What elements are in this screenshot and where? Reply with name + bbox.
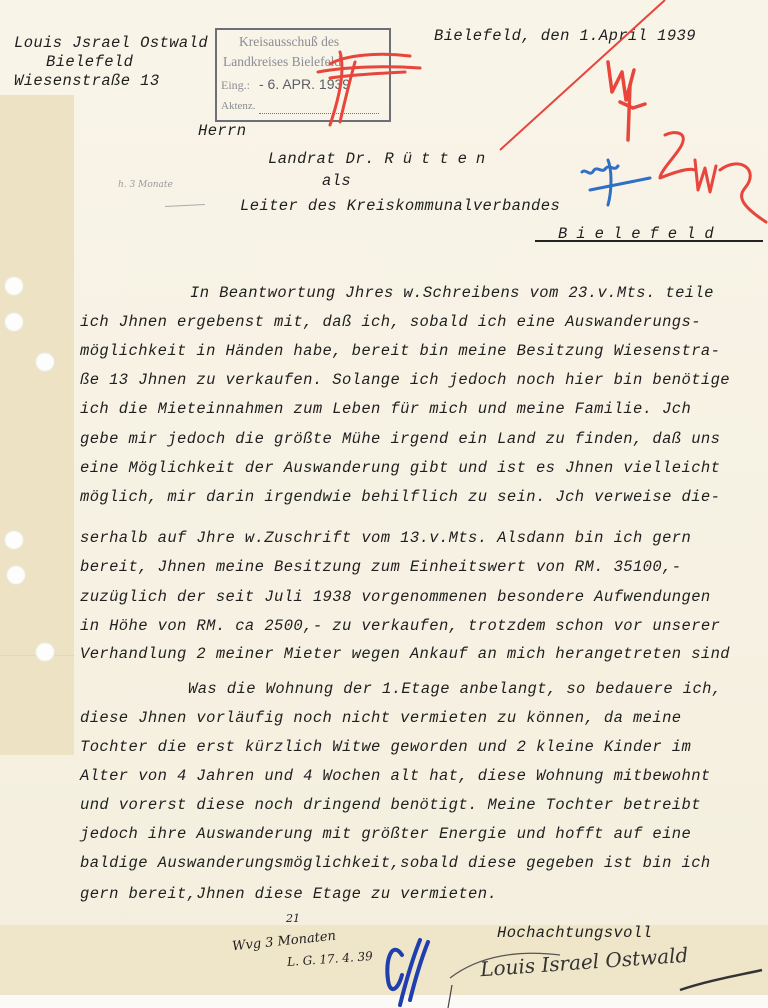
markings-overlay	[0, 0, 768, 1008]
red-diagonal-line	[500, 0, 665, 150]
signature-flourish	[680, 970, 762, 990]
red-initials-icon	[608, 62, 645, 140]
red-stamp-strike-icon	[318, 52, 420, 125]
pen-mark	[448, 985, 452, 1008]
red-zur-note-icon	[660, 133, 766, 222]
blue-ink-initials-icon	[387, 940, 428, 1005]
letter-page: Louis Jsrael Ostwald Bielefeld Wiesenstr…	[0, 0, 768, 1008]
blue-note-icon	[582, 160, 650, 205]
signature-loop	[450, 953, 560, 978]
